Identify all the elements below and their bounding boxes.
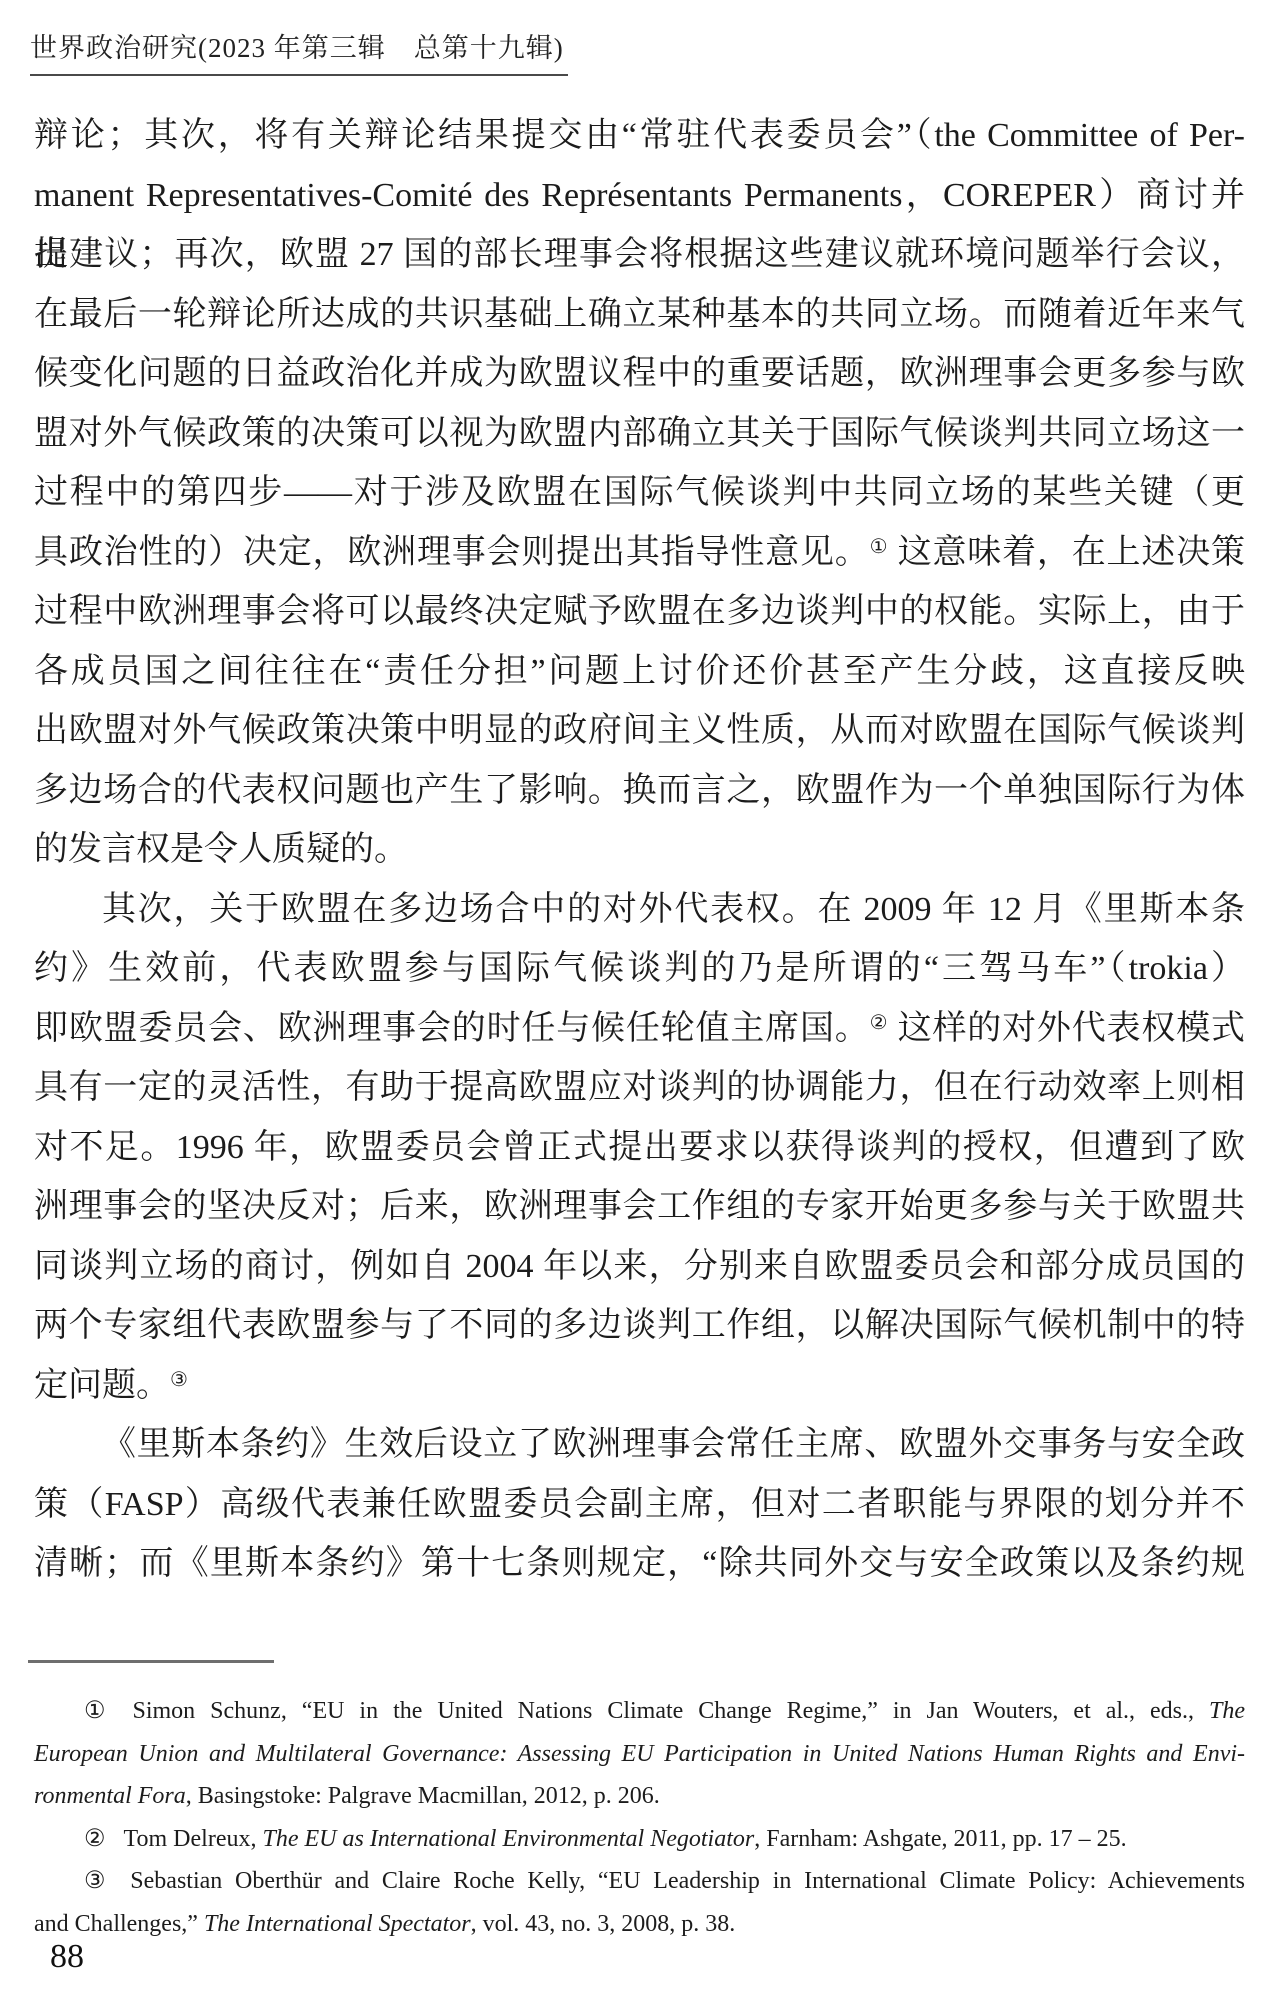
running-head-title: 世界政治研究(2023 年第三辑 总第十九辑) bbox=[30, 26, 568, 76]
italic-text-segment: ronmental Fora bbox=[34, 1783, 186, 1809]
text-segment: 的发言权是令人质疑的。 bbox=[34, 831, 408, 868]
body-line: 《里斯本条约》生效后设立了欧洲理事会常任主席、欧盟外交事务与安全政 bbox=[34, 1415, 1245, 1475]
text-segment: 具政治性的）决定，欧洲理事会则提出其指导性意见。 bbox=[34, 534, 870, 571]
body-line: 盟对外气候政策的决策可以视为欧盟内部确立其关于国际气候谈判共同立场这一 bbox=[34, 404, 1245, 464]
italic-text-segment: European Union and Multilateral Governan… bbox=[34, 1741, 1245, 1767]
text-segment: 候变化问题的日益政治化并成为欧盟议程中的重要话题，欧洲理事会更多参与欧 bbox=[34, 355, 1245, 392]
text-segment: Sebastian Oberthür and Claire Roche Kell… bbox=[130, 1868, 1245, 1894]
body-line: 具有一定的灵活性，有助于提高欧盟应对谈判的协调能力，但在行动效率上则相 bbox=[34, 1058, 1245, 1118]
body-line: 同谈判立场的商讨，例如自 2004 年以来，分别来自欧盟委员会和部分成员国的 bbox=[34, 1237, 1245, 1297]
footnote-line: and Challenges,” The International Spect… bbox=[34, 1903, 1245, 1946]
text-segment: 即欧盟委员会、欧洲理事会的时任与候任轮值主席国。 bbox=[34, 1010, 870, 1047]
running-head: 世界政治研究(2023 年第三辑 总第十九辑) bbox=[30, 26, 568, 76]
text-segment: 多边场合的代表权问题也产生了影响。换而言之，欧盟作为一个单独国际行为体 bbox=[34, 772, 1245, 809]
text-segment: 清晰；而《里斯本条约》第十七条则规定，“除共同外交与安全政策以及条约规 bbox=[34, 1545, 1245, 1582]
footnote-ref-superscript: ③ bbox=[170, 1369, 188, 1391]
text-segment: 洲理事会的坚决反对；后来，欧洲理事会工作组的专家开始更多参与关于欧盟共 bbox=[34, 1188, 1245, 1225]
body-line: 出建议；再次，欧盟 27 国的部长理事会将根据这些建议就环境问题举行会议， bbox=[34, 225, 1245, 285]
footnote-line: ronmental Fora, Basingstoke: Palgrave Ma… bbox=[34, 1775, 1245, 1818]
body-line: 即欧盟委员会、欧洲理事会的时任与候任轮值主席国。② 这样的对外代表权模式 bbox=[34, 999, 1245, 1059]
text-segment: and Challenges,” bbox=[34, 1911, 204, 1937]
footnote-ref-superscript: ② bbox=[870, 1012, 889, 1034]
text-segment: 过程中的第四步——对于涉及欧盟在国际气候谈判中共同立场的某些关键（更 bbox=[34, 474, 1245, 511]
body-line: 多边场合的代表权问题也产生了影响。换而言之，欧盟作为一个单独国际行为体 bbox=[34, 761, 1245, 821]
text-segment: 策（FASP）高级代表兼任欧盟委员会副主席，但对二者职能与界限的划分并不 bbox=[34, 1486, 1245, 1523]
footnote-line: ③Sebastian Oberthür and Claire Roche Kel… bbox=[34, 1860, 1245, 1903]
body-line: 在最后一轮辩论所达成的共识基础上确立某种基本的共同立场。而随着近年来气 bbox=[34, 285, 1245, 345]
body-line: 辩论；其次，将有关辩论结果提交由“常驻代表委员会”（the Committee … bbox=[34, 106, 1245, 166]
body-line: 出欧盟对外气候政策决策中明显的政府间主义性质，从而对欧盟在国际气候谈判 bbox=[34, 701, 1245, 761]
text-segment: 同谈判立场的商讨，例如自 2004 年以来，分别来自欧盟委员会和部分成员国的 bbox=[34, 1248, 1245, 1285]
text-segment: 其次，关于欧盟在多边场合中的对外代表权。在 2009 年 12 月《里斯本条 bbox=[102, 891, 1245, 928]
text-segment: , vol. 43, no. 3, 2008, p. 38. bbox=[471, 1911, 736, 1937]
text-segment: 出建议；再次，欧盟 27 国的部长理事会将根据这些建议就环境问题举行会议， bbox=[34, 236, 1245, 273]
footnote-line: European Union and Multilateral Governan… bbox=[34, 1733, 1245, 1776]
footnote-line: ①Simon Schunz, “EU in the United Nations… bbox=[34, 1690, 1245, 1733]
text-segment: 各成员国之间往往在“责任分担”问题上讨价还价甚至产生分歧，这直接反映 bbox=[34, 653, 1245, 690]
body-line: 候变化问题的日益政治化并成为欧盟议程中的重要话题，欧洲理事会更多参与欧 bbox=[34, 344, 1245, 404]
body-line: 策（FASP）高级代表兼任欧盟委员会副主席，但对二者职能与界限的划分并不 bbox=[34, 1475, 1245, 1535]
body-line: 过程中欧洲理事会将可以最终决定赋予欧盟在多边谈判中的权能。实际上，由于 bbox=[34, 582, 1245, 642]
body-line: 各成员国之间往往在“责任分担”问题上讨价还价甚至产生分歧，这直接反映 bbox=[34, 642, 1245, 702]
footnote-marker: ① bbox=[84, 1698, 115, 1724]
italic-text-segment: The bbox=[1209, 1698, 1245, 1724]
text-segment: Simon Schunz, “EU in the United Nations … bbox=[133, 1698, 1210, 1724]
body-text: 辩论；其次，将有关辩论结果提交由“常驻代表委员会”（the Committee … bbox=[34, 106, 1245, 1594]
text-segment: 对不足。1996 年，欧盟委员会曾正式提出要求以获得谈判的授权，但遭到了欧 bbox=[34, 1129, 1245, 1166]
text-segment: 盟对外气候政策的决策可以视为欧盟内部确立其关于国际气候谈判共同立场这一 bbox=[34, 415, 1245, 452]
text-segment: 这样的对外代表权模式 bbox=[888, 1010, 1245, 1047]
body-line: 的发言权是令人质疑的。 bbox=[34, 820, 1245, 880]
body-line: 约》生效前，代表欧盟参与国际气候谈判的乃是所谓的“三驾马车”（trokia） bbox=[34, 939, 1245, 999]
footnote-marker: ③ bbox=[84, 1868, 112, 1894]
footnote-separator-rule bbox=[28, 1660, 274, 1663]
footnotes: ①Simon Schunz, “EU in the United Nations… bbox=[34, 1690, 1245, 1945]
body-line: 两个专家组代表欧盟参与了不同的多边谈判工作组，以解决国际气候机制中的特 bbox=[34, 1296, 1245, 1356]
text-segment: 定问题。 bbox=[34, 1367, 170, 1404]
text-segment: 辩论；其次，将有关辩论结果提交由“常驻代表委员会”（the Committee … bbox=[34, 117, 1245, 154]
text-segment: 在最后一轮辩论所达成的共识基础上确立某种基本的共同立场。而随着近年来气 bbox=[34, 296, 1245, 333]
text-segment: 这意味着，在上述决策 bbox=[888, 534, 1245, 571]
text-segment: 约》生效前，代表欧盟参与国际气候谈判的乃是所谓的“三驾马车”（trokia） bbox=[34, 950, 1245, 987]
body-line: 洲理事会的坚决反对；后来，欧洲理事会工作组的专家开始更多参与关于欧盟共 bbox=[34, 1177, 1245, 1237]
body-line: 清晰；而《里斯本条约》第十七条则规定，“除共同外交与安全政策以及条约规 bbox=[34, 1534, 1245, 1594]
text-segment: Tom Delreux, bbox=[124, 1826, 263, 1852]
body-line: 过程中的第四步——对于涉及欧盟在国际气候谈判中共同立场的某些关键（更 bbox=[34, 463, 1245, 523]
text-segment: , Farnham: Ashgate, 2011, pp. 17 – 25. bbox=[754, 1826, 1126, 1852]
body-line: 定问题。③ bbox=[34, 1356, 1245, 1416]
journal-page: 世界政治研究(2023 年第三辑 总第十九辑) 辩论；其次，将有关辩论结果提交由… bbox=[0, 0, 1280, 2013]
body-line: 具政治性的）决定，欧洲理事会则提出其指导性意见。① 这意味着，在上述决策 bbox=[34, 523, 1245, 583]
text-segment: 《里斯本条约》生效后设立了欧洲理事会常任主席、欧盟外交事务与安全政 bbox=[102, 1426, 1245, 1463]
body-line: 对不足。1996 年，欧盟委员会曾正式提出要求以获得谈判的授权，但遭到了欧 bbox=[34, 1118, 1245, 1178]
text-segment: , Basingstoke: Palgrave Macmillan, 2012,… bbox=[186, 1783, 660, 1809]
italic-text-segment: The International Spectator bbox=[204, 1911, 471, 1937]
footnote-line: ②Tom Delreux, The EU as International En… bbox=[34, 1818, 1245, 1861]
body-line: 其次，关于欧盟在多边场合中的对外代表权。在 2009 年 12 月《里斯本条 bbox=[34, 880, 1245, 940]
footnote-ref-superscript: ① bbox=[870, 536, 889, 558]
body-line: manent Representatives-Comité des Représ… bbox=[34, 166, 1245, 226]
text-segment: 两个专家组代表欧盟参与了不同的多边谈判工作组，以解决国际气候机制中的特 bbox=[34, 1307, 1245, 1344]
italic-text-segment: The EU as International Environmental Ne… bbox=[262, 1826, 754, 1852]
text-segment: 出欧盟对外气候政策决策中明显的政府间主义性质，从而对欧盟在国际气候谈判 bbox=[34, 712, 1245, 749]
text-segment: 过程中欧洲理事会将可以最终决定赋予欧盟在多边谈判中的权能。实际上，由于 bbox=[34, 593, 1245, 630]
text-segment: 具有一定的灵活性，有助于提高欧盟应对谈判的协调能力，但在行动效率上则相 bbox=[34, 1069, 1245, 1106]
footnote-marker: ② bbox=[84, 1826, 106, 1852]
page-number: 88 bbox=[50, 1938, 84, 1976]
